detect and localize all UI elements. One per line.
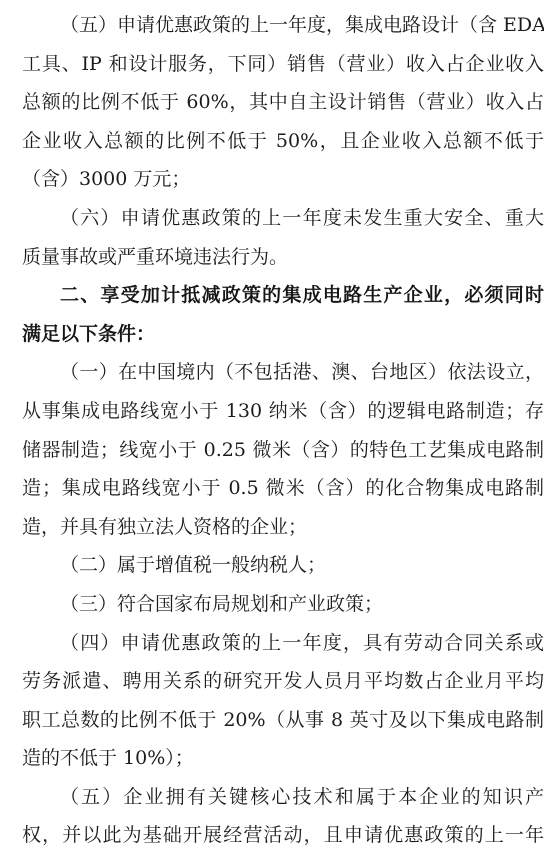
text-line: 权，并以此为基础开展经营活动，且申请优惠政策的上一年 — [22, 816, 544, 855]
clause-2-3: （三）符合国家布局规划和产业政策； — [22, 585, 544, 624]
section-2-heading: 二、享受加计抵减政策的集成电路生产企业，必须同时满足以下条件： — [22, 276, 544, 353]
text-line: 储器制造；线宽小于 0.25 微米（含）的特色工艺集成电路制 — [22, 431, 544, 470]
text-line: 总额的比例不低于 60%，其中自主设计销售（营业）收入占 — [22, 83, 544, 122]
text-line: （二）属于增值税一般纳税人； — [22, 546, 544, 585]
clause-2-4: （四）申请优惠政策的上一年度，具有劳动合同关系或劳务派遣、聘用关系的研究开发人员… — [22, 624, 544, 778]
text-line: 质量事故或严重环境违法行为。 — [22, 238, 544, 277]
document-page: （五）申请优惠政策的上一年度，集成电路设计（含 EDA工具、IP 和设计服务，下… — [0, 0, 554, 855]
text-line: （含）3000 万元； — [22, 160, 544, 199]
text-line: 工具、IP 和设计服务，下同）销售（营业）收入占企业收入 — [22, 45, 544, 84]
text-line: 劳务派遣、聘用关系的研究开发人员月平均数占企业月平均 — [22, 662, 544, 701]
clause-1-6: （六）申请优惠政策的上一年度未发生重大安全、重大质量事故或严重环境违法行为。 — [22, 199, 544, 276]
text-line: （五）申请优惠政策的上一年度，集成电路设计（含 EDA — [22, 6, 544, 45]
text-line: 二、享受加计抵减政策的集成电路生产企业，必须同时 — [22, 276, 544, 315]
text-line: 满足以下条件： — [22, 315, 544, 354]
clause-2-5: （五）企业拥有关键核心技术和属于本企业的知识产权，并以此为基础开展经营活动，且申… — [22, 778, 544, 855]
text-line: （五）企业拥有关键核心技术和属于本企业的知识产 — [22, 778, 544, 817]
clause-2-1: （一）在中国境内（不包括港、澳、台地区）依法设立，从事集成电路线宽小于 130 … — [22, 353, 544, 546]
text-line: 企业收入总额的比例不低于 50%，且企业收入总额不低于 — [22, 122, 544, 161]
text-line: （三）符合国家布局规划和产业政策； — [22, 585, 544, 624]
text-line: 造，并具有独立法人资格的企业； — [22, 508, 544, 547]
text-line: （六）申请优惠政策的上一年度未发生重大安全、重大 — [22, 199, 544, 238]
document-body: （五）申请优惠政策的上一年度，集成电路设计（含 EDA工具、IP 和设计服务，下… — [0, 0, 554, 855]
text-line: （四）申请优惠政策的上一年度，具有劳动合同关系或 — [22, 624, 544, 663]
clause-2-2: （二）属于增值税一般纳税人； — [22, 546, 544, 585]
text-line: 造的不低于 10%）； — [22, 739, 544, 778]
text-line: 从事集成电路线宽小于 130 纳米（含）的逻辑电路制造；存 — [22, 392, 544, 431]
text-line: 职工总数的比例不低于 20%（从事 8 英寸及以下集成电路制 — [22, 701, 544, 740]
text-line: （一）在中国境内（不包括港、澳、台地区）依法设立， — [22, 353, 544, 392]
clause-1-5: （五）申请优惠政策的上一年度，集成电路设计（含 EDA工具、IP 和设计服务，下… — [22, 6, 544, 199]
text-line: 造；集成电路线宽小于 0.5 微米（含）的化合物集成电路制 — [22, 469, 544, 508]
